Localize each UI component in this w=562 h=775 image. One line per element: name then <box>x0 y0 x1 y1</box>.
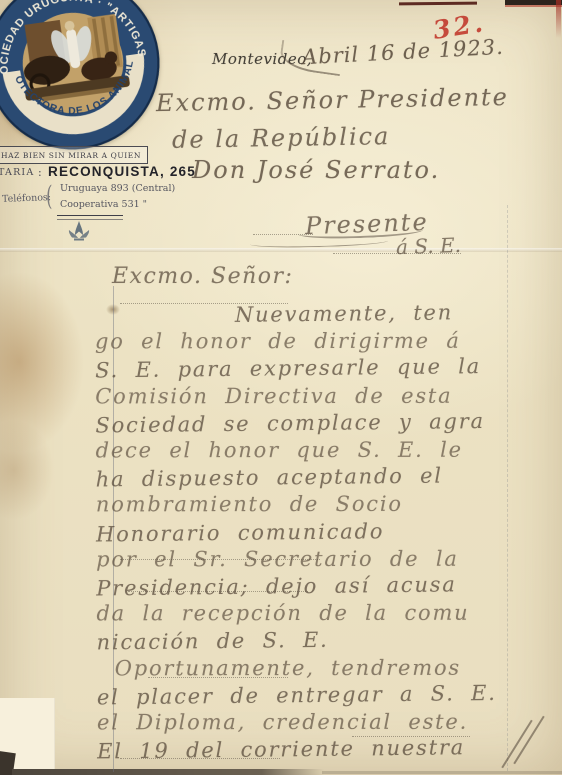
body-line: Oportunamente, tendremos <box>97 654 527 682</box>
body-line: go el honor de dirigirme á <box>95 328 525 356</box>
scan-edge-mark <box>505 0 562 5</box>
body-line: Nuevamente, ten <box>95 299 525 331</box>
paper-patch <box>0 698 55 775</box>
scan-edge-mark <box>399 2 477 6</box>
recipient-line-1: Excmo. Señor Presidente <box>156 83 509 117</box>
scan-edge-mark <box>322 771 562 774</box>
ornament-rule <box>57 215 123 220</box>
motto-box: HAZ BIEN SIN MIRAR A QUIEN <box>0 146 148 164</box>
red-edge-mark <box>556 0 561 38</box>
body-line: Presidencia; dejo así acusa <box>96 571 526 603</box>
phones-label: Teléfonos: <box>2 192 51 205</box>
secretariat-label: TARIA <box>0 167 34 178</box>
body-line: Sociedad se complace y agra <box>95 407 525 439</box>
phone-line-2: Cooperativa 531 " <box>60 199 147 210</box>
recipient-line-2: de la República <box>172 122 391 154</box>
body-line: el placer de entregar a S. E. <box>97 679 527 711</box>
printed-city: Montevideo, <box>212 50 312 68</box>
body-line: Honorario comunicado <box>96 516 526 548</box>
scanned-letter-page: SOCIEDAD URUGUAYA · "ARTIGAS" PROTECTORA… <box>0 0 562 775</box>
paper-stain <box>0 272 84 452</box>
scan-edge-mark <box>505 5 562 7</box>
dotted-guide <box>253 233 313 235</box>
body-line: por el Sr. Secretario de la <box>96 545 526 573</box>
body-line: nombramiento de Socio <box>96 491 526 519</box>
salutation-line: Excmo. Señor: <box>112 264 293 289</box>
seal-emblem: SOCIEDAD URUGUAYA · "ARTIGAS" PROTECTORA… <box>0 0 174 164</box>
body-line: ha dispuesto aceptando el <box>96 462 526 494</box>
phone-line-1: Uruguaya 893 (Central) <box>60 183 175 194</box>
scan-edge-mark <box>12 769 324 775</box>
letter-body: Nuevamente, ten go el honor de dirigirme… <box>95 300 527 765</box>
corner-shadow <box>0 751 16 775</box>
handwritten-date: Abril 16 de 1923. <box>302 35 505 70</box>
paper-stain <box>0 420 54 520</box>
body-line: da la recepción de la comu <box>96 600 526 628</box>
body-line: dece el honor que S. E. le <box>96 437 526 465</box>
a-se-line: á S. E. <box>396 233 462 259</box>
society-seal: SOCIEDAD URUGUAYA · "ARTIGAS" PROTECTORA… <box>0 0 174 164</box>
recipient-line-3: Don José Serrato. <box>192 156 440 184</box>
fleur-ornament-icon <box>67 221 91 243</box>
body-line: S. E. para expresarle que la <box>95 353 525 385</box>
body-line: nicación de S. E. <box>96 625 526 657</box>
brace-glyph: ( <box>46 181 52 212</box>
secretariat-separator: : <box>38 166 42 179</box>
body-line: Comisión Directiva de esta <box>95 382 525 410</box>
paper-crease <box>0 248 562 252</box>
motto-text: HAZ BIEN SIN MIRAR A QUIEN <box>1 151 141 160</box>
street-address: RECONQUISTA, 265 <box>48 164 196 179</box>
body-line: el Diploma, credencial este. <box>97 709 527 737</box>
body-line: El 19 del corriente nuestra <box>97 734 527 766</box>
